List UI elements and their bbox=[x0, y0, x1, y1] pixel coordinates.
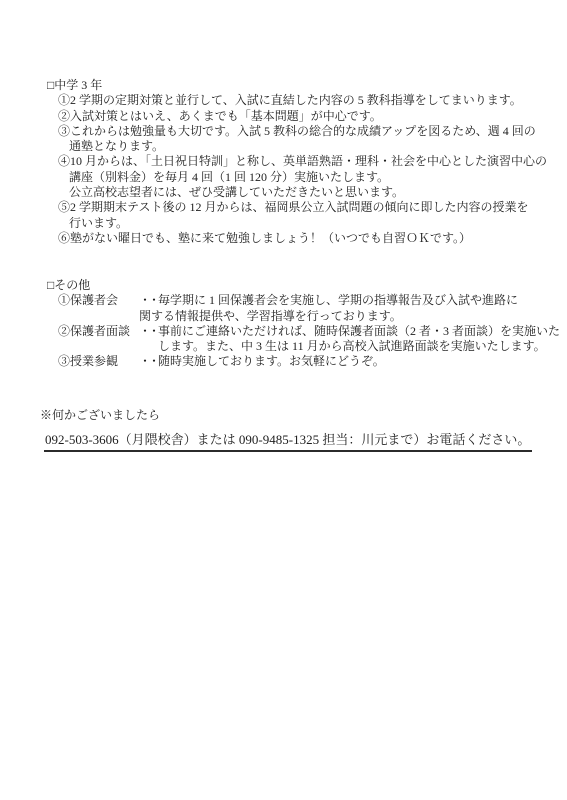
item1-dots: ・・ bbox=[139, 293, 158, 308]
section2-item1-cont: 関する情報提供や、学習指導を行っております。 bbox=[0, 309, 567, 324]
section1-item2: ②入試対策とはいえ、あくまでも「基本問題」が中心です。 bbox=[0, 109, 567, 124]
section1-item5-line1: ⑤2 学期期末テスト後の 12 月からは、福岡県公立入試問題の傾向に即した内容の… bbox=[0, 200, 567, 215]
section1-item4-line3: 公立高校志望者には、ぜひ受講していただきたいと思います。 bbox=[0, 185, 567, 200]
section2-item2: ②保護者面談 ・・ 事前にご連絡いただければ、随時保護者面談（2 者・3 者面談… bbox=[0, 324, 567, 339]
item2-dots: ・・ bbox=[139, 324, 158, 339]
contact-phone-text: 092-503-3606（月隈校舎）または 090-9485-1325 担当：川… bbox=[44, 431, 532, 452]
section1-item1: ①2 学期の定期対策と並行して、入試に直結した内容の 5 教科指導をしてまいりま… bbox=[0, 93, 567, 108]
section-other: □その他 ①保護者会 ・・ 毎学期に 1 回保護者会を実施し、学期の指導報告及び… bbox=[0, 278, 567, 370]
section1-heading: □中学 3 年 bbox=[0, 78, 567, 93]
contact-line: 092-503-3606（月隈校舎）または 090-9485-1325 担当：川… bbox=[44, 431, 532, 452]
note-line: ※何かございましたら bbox=[40, 408, 160, 423]
item2-label: ②保護者面談 bbox=[58, 324, 139, 339]
section1-item4-line2: 講座（別料金）を毎月 4 回（1 回 120 分）実施いたします。 bbox=[0, 170, 567, 185]
section2-item3: ③授業参観 ・・ 随時実施しております。お気軽にどうぞ。 bbox=[0, 354, 567, 369]
section1-item5-line2: 行います。 bbox=[0, 216, 567, 231]
item1-text: 毎学期に 1 回保護者会を実施し、学期の指導報告及び入試や進路に bbox=[158, 293, 518, 308]
item3-dots: ・・ bbox=[139, 354, 158, 369]
section2-item1: ①保護者会 ・・ 毎学期に 1 回保護者会を実施し、学期の指導報告及び入試や進路… bbox=[0, 293, 567, 308]
item1-label: ①保護者会 bbox=[58, 293, 139, 308]
item2-text: 事前にご連絡いただければ、随時保護者面談（2 者・3 者面談）を実施いた bbox=[158, 324, 560, 339]
section1-item3-line1: ③これからは勉強量も大切です。入試 5 教科の総合的な成績アップを図るため、週 … bbox=[0, 124, 567, 139]
section2-heading: □その他 bbox=[0, 278, 567, 293]
section1-item6: ⑥塾がない曜日でも、塾に来て勉強しましょう！（いつでも自習ＯＫです。） bbox=[0, 231, 567, 246]
document-page: □中学 3 年 ①2 学期の定期対策と並行して、入試に直結した内容の 5 教科指… bbox=[0, 0, 567, 800]
section2-item2-cont: します。また、中 3 生は 11 月から高校入試進路面談を実施いたします。 bbox=[0, 339, 567, 354]
section-junior-high-3: □中学 3 年 ①2 学期の定期対策と並行して、入試に直結した内容の 5 教科指… bbox=[0, 78, 567, 246]
section1-item3-line2: 通塾となります。 bbox=[0, 139, 567, 154]
section1-item4-line1: ④10 月からは、「土日祝日特訓」と称し、英単語熟語・理科・社会を中心とした演習… bbox=[0, 154, 567, 169]
item3-text: 随時実施しております。お気軽にどうぞ。 bbox=[158, 354, 385, 369]
item3-label: ③授業参観 bbox=[58, 354, 139, 369]
